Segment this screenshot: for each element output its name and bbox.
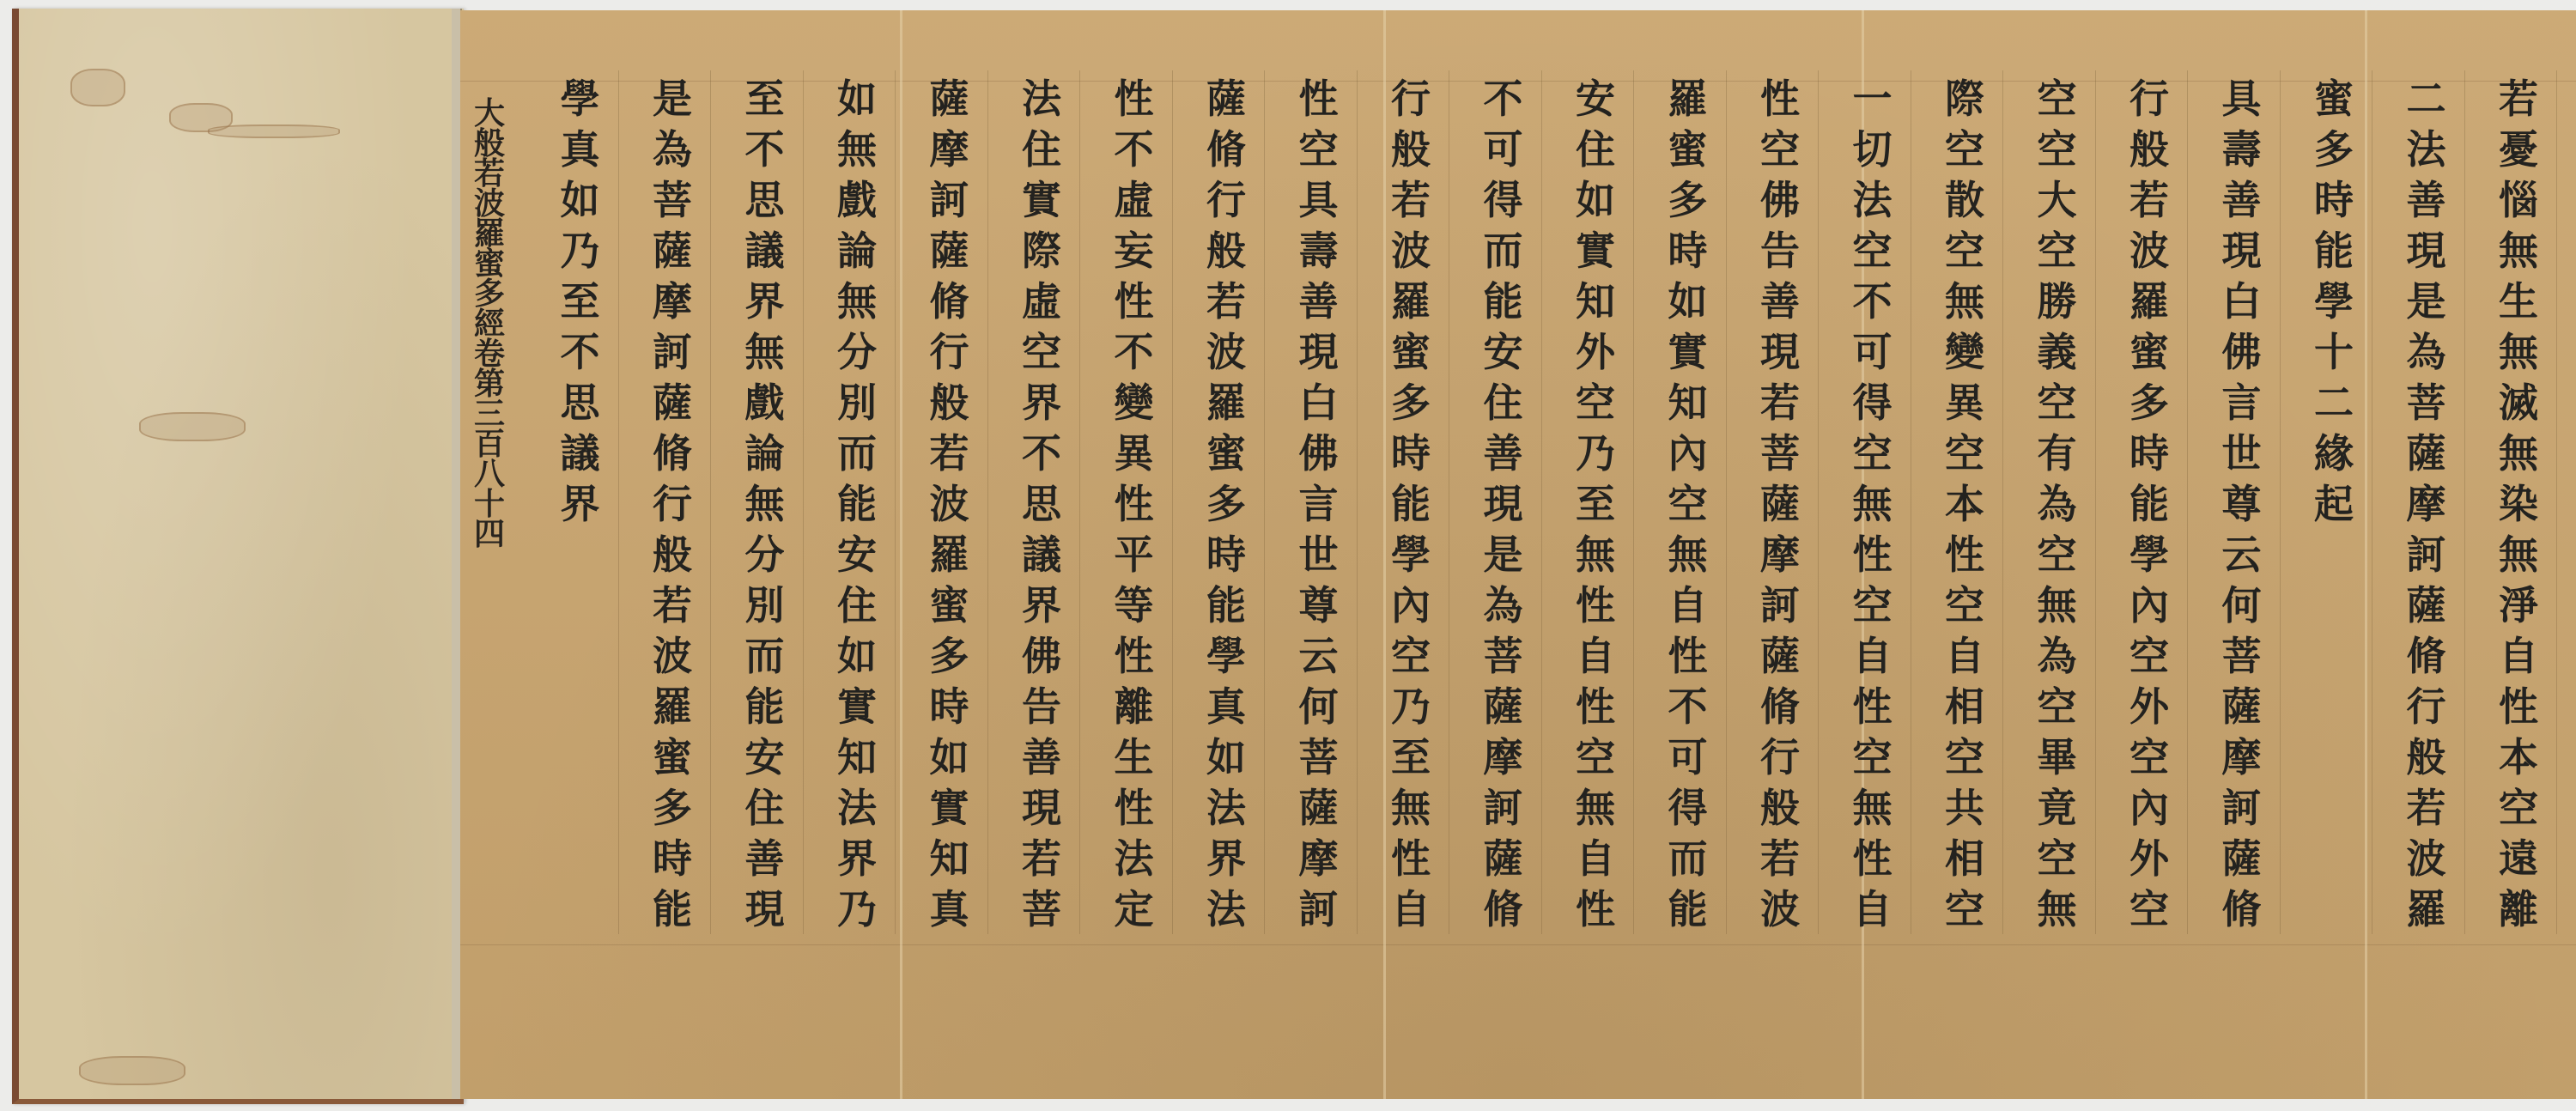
character: 波 <box>2407 834 2446 884</box>
character: 脩 <box>1484 884 1523 935</box>
character: 訶 <box>1760 580 1800 631</box>
character: 不 <box>745 124 785 175</box>
character: 世 <box>1299 530 1339 580</box>
column-rule <box>1449 70 1449 934</box>
text-column: 性不虛妄性不變異性平等性離生性法定 <box>1110 74 1158 935</box>
character: 知 <box>1576 276 1615 327</box>
character: 法 <box>1206 884 1246 935</box>
character: 具 <box>2222 74 2262 124</box>
character: 蜜 <box>930 580 969 631</box>
title-char: 卷 <box>474 339 505 369</box>
character: 思 <box>745 175 785 226</box>
character: 薩 <box>1484 834 1523 884</box>
character: 空 <box>2499 783 2538 834</box>
character: 言 <box>2222 378 2262 428</box>
character: 性 <box>1576 580 1615 631</box>
column-rule <box>2002 70 2003 934</box>
title-char: 般 <box>474 129 505 159</box>
character: 薩 <box>2407 580 2446 631</box>
character: 薩 <box>1760 479 1800 530</box>
character: 無 <box>1945 276 1984 327</box>
character: 行 <box>1391 74 1431 124</box>
character: 虛 <box>1115 175 1154 226</box>
character: 議 <box>561 428 600 479</box>
character: 能 <box>837 479 877 530</box>
character: 佛 <box>1299 428 1339 479</box>
character: 起 <box>2314 479 2354 530</box>
character: 真 <box>930 884 969 935</box>
text-column: 至不思議界無戲論無分別而能安住善現 <box>741 74 789 935</box>
character: 摩 <box>2407 479 2446 530</box>
character: 議 <box>1022 530 1061 580</box>
character: 般 <box>1760 783 1800 834</box>
column-rule <box>1079 70 1080 934</box>
character: 空 <box>1022 327 1061 378</box>
character: 性 <box>1115 783 1154 834</box>
character: 性 <box>1115 479 1154 530</box>
character: 空 <box>1853 732 1893 783</box>
character: 別 <box>837 378 877 428</box>
character: 真 <box>1206 682 1246 732</box>
character: 散 <box>1945 175 1984 226</box>
character: 住 <box>745 783 785 834</box>
column-rule <box>2464 70 2465 934</box>
character: 二 <box>2407 74 2446 124</box>
character: 相 <box>1945 834 1984 884</box>
character: 空 <box>2038 226 2077 276</box>
character: 無 <box>1853 783 1893 834</box>
character: 薩 <box>1484 682 1523 732</box>
character: 空 <box>1668 479 1708 530</box>
character: 染 <box>2499 479 2538 530</box>
character: 何 <box>2222 580 2262 631</box>
character: 多 <box>2314 124 2354 175</box>
character: 一 <box>1853 74 1893 124</box>
character: 生 <box>1115 732 1154 783</box>
character: 界 <box>1206 834 1246 884</box>
character: 遠 <box>2499 834 2538 884</box>
character: 無 <box>2038 884 2077 935</box>
character: 學 <box>561 74 600 124</box>
character: 無 <box>2499 327 2538 378</box>
character: 若 <box>1391 175 1431 226</box>
character: 告 <box>1760 226 1800 276</box>
character: 般 <box>1206 226 1246 276</box>
character: 空 <box>1576 378 1615 428</box>
character: 不 <box>1853 276 1893 327</box>
character: 住 <box>1022 124 1061 175</box>
character: 性 <box>2499 682 2538 732</box>
character: 如 <box>930 732 969 783</box>
character: 內 <box>1391 580 1431 631</box>
character: 性 <box>1115 74 1154 124</box>
scroll-cover <box>12 9 464 1104</box>
character: 善 <box>2222 175 2262 226</box>
column-rule <box>1818 70 1819 934</box>
character: 安 <box>1484 327 1523 378</box>
character: 變 <box>1115 378 1154 428</box>
character: 蜜 <box>2314 74 2354 124</box>
character: 菩 <box>1022 884 1061 935</box>
column-rule <box>2372 70 2372 934</box>
character: 緣 <box>2314 428 2354 479</box>
paper-seam <box>900 10 902 1099</box>
character: 能 <box>2314 226 2354 276</box>
character: 滅 <box>2499 378 2538 428</box>
character: 菩 <box>1299 732 1339 783</box>
character: 若 <box>2499 74 2538 124</box>
title-char: 多 <box>474 279 505 309</box>
character: 壽 <box>1299 226 1339 276</box>
character: 薩 <box>2222 682 2262 732</box>
character: 空 <box>1945 884 1984 935</box>
title-char: 若 <box>474 159 505 189</box>
text-column: 若憂惱無生無滅無染無淨自性本空遠離 <box>2494 74 2543 935</box>
character: 無 <box>1391 783 1431 834</box>
character: 空 <box>2038 124 2077 175</box>
character: 尊 <box>1299 580 1339 631</box>
character: 異 <box>1945 378 1984 428</box>
text-column: 際空散空無變異空本性空自相空共相空 <box>1941 74 1989 935</box>
character: 別 <box>745 580 785 631</box>
sutra-title: 大般若波羅蜜多經卷第三百八十四 <box>471 99 508 549</box>
character: 十 <box>2314 327 2354 378</box>
character: 蜜 <box>2129 327 2169 378</box>
character: 真 <box>561 124 600 175</box>
character: 能 <box>1668 884 1708 935</box>
character: 法 <box>1022 74 1061 124</box>
character: 能 <box>653 884 692 935</box>
text-column: 學真如乃至不思議界 <box>556 74 605 530</box>
character: 多 <box>1206 479 1246 530</box>
character: 多 <box>2129 378 2169 428</box>
character: 空 <box>1299 124 1339 175</box>
character: 住 <box>1484 378 1523 428</box>
character: 乃 <box>837 884 877 935</box>
character: 而 <box>745 631 785 682</box>
character: 自 <box>1853 884 1893 935</box>
character: 是 <box>2407 276 2446 327</box>
column-rule <box>2095 70 2096 934</box>
column-rule <box>1726 70 1727 934</box>
character: 行 <box>930 327 969 378</box>
character: 不 <box>1668 682 1708 732</box>
character: 訶 <box>1484 783 1523 834</box>
character: 現 <box>745 884 785 935</box>
character: 為 <box>2038 631 2077 682</box>
text-column: 一切法空不可得空無性空自性空無性自 <box>1849 74 1897 935</box>
character: 脩 <box>653 428 692 479</box>
character: 無 <box>1576 530 1615 580</box>
character: 波 <box>653 631 692 682</box>
character: 白 <box>1299 378 1339 428</box>
character: 薩 <box>930 74 969 124</box>
character: 般 <box>1391 124 1431 175</box>
character: 界 <box>1022 378 1061 428</box>
character: 空 <box>2129 631 2169 682</box>
character: 世 <box>2222 428 2262 479</box>
character: 波 <box>1391 226 1431 276</box>
character: 若 <box>2129 175 2169 226</box>
character: 行 <box>1760 732 1800 783</box>
character: 佛 <box>2222 327 2262 378</box>
column-rule <box>2556 70 2557 934</box>
character: 多 <box>653 783 692 834</box>
character: 善 <box>1299 276 1339 327</box>
character: 異 <box>1115 428 1154 479</box>
character: 空 <box>2129 884 2169 935</box>
character: 學 <box>2314 276 2354 327</box>
character: 勝 <box>2038 276 2077 327</box>
character: 而 <box>837 428 877 479</box>
character: 脩 <box>2407 631 2446 682</box>
character: 可 <box>1668 732 1708 783</box>
text-column: 法住實際虛空界不思議界佛告善現若菩 <box>1018 74 1066 935</box>
character: 自 <box>1391 884 1431 935</box>
column-rule <box>1357 70 1358 934</box>
character: 實 <box>1668 327 1708 378</box>
character: 云 <box>1299 631 1339 682</box>
character: 空 <box>2038 378 2077 428</box>
character: 乃 <box>1391 682 1431 732</box>
character: 時 <box>653 834 692 884</box>
character: 言 <box>1299 479 1339 530</box>
character: 不 <box>561 327 600 378</box>
character: 安 <box>745 732 785 783</box>
text-column: 安住如實知外空乃至無性自性空無自性 <box>1571 74 1619 935</box>
character: 變 <box>1945 327 1984 378</box>
character: 能 <box>745 682 785 732</box>
character: 空 <box>1945 226 1984 276</box>
character: 住 <box>1576 124 1615 175</box>
character: 羅 <box>2407 884 2446 935</box>
character: 切 <box>1853 124 1893 175</box>
character: 何 <box>1299 682 1339 732</box>
character: 有 <box>2038 428 2077 479</box>
character: 白 <box>2222 276 2262 327</box>
character: 云 <box>2222 530 2262 580</box>
title-char: 大 <box>474 99 505 129</box>
character: 脩 <box>930 276 969 327</box>
character: 際 <box>1022 226 1061 276</box>
character: 外 <box>1576 327 1615 378</box>
character: 知 <box>1668 378 1708 428</box>
character: 如 <box>561 175 600 226</box>
character: 乃 <box>1576 428 1615 479</box>
character: 自 <box>1668 580 1708 631</box>
character: 善 <box>1022 732 1061 783</box>
character: 如 <box>837 74 877 124</box>
character: 不 <box>1484 74 1523 124</box>
character: 空 <box>1945 732 1984 783</box>
character: 羅 <box>1391 276 1431 327</box>
character: 知 <box>837 732 877 783</box>
character: 思 <box>561 378 600 428</box>
paper-seam <box>2365 10 2367 1099</box>
character: 現 <box>1760 327 1800 378</box>
character: 法 <box>1115 834 1154 884</box>
character: 畢 <box>2038 732 2077 783</box>
character: 菩 <box>1484 631 1523 682</box>
column-rule <box>1633 70 1634 934</box>
character: 至 <box>745 74 785 124</box>
character: 空 <box>1853 580 1893 631</box>
character: 竟 <box>2038 783 2077 834</box>
character: 至 <box>561 276 600 327</box>
character: 論 <box>745 428 785 479</box>
text-column: 薩脩行般若波羅蜜多時能學真如法界法 <box>1202 74 1250 935</box>
character: 空 <box>2038 834 2077 884</box>
character: 論 <box>837 226 877 276</box>
character: 空 <box>2038 682 2077 732</box>
character: 外 <box>2129 682 2169 732</box>
character: 蜜 <box>653 732 692 783</box>
character: 薩 <box>1299 783 1339 834</box>
title-char: 羅 <box>474 219 505 249</box>
character: 善 <box>745 834 785 884</box>
column-rule <box>1172 70 1173 934</box>
character: 現 <box>1022 783 1061 834</box>
character: 至 <box>1391 732 1431 783</box>
character: 是 <box>1484 530 1523 580</box>
character: 為 <box>653 124 692 175</box>
character: 不 <box>1022 428 1061 479</box>
character: 時 <box>1391 428 1431 479</box>
character: 善 <box>1484 428 1523 479</box>
text-column: 二法善現是為菩薩摩訶薩脩行般若波羅 <box>2403 74 2451 935</box>
column-rule <box>618 70 619 934</box>
character: 法 <box>837 783 877 834</box>
character: 波 <box>2129 226 2169 276</box>
character: 內 <box>2129 580 2169 631</box>
character: 性 <box>1853 834 1893 884</box>
character: 無 <box>745 479 785 530</box>
character: 離 <box>1115 682 1154 732</box>
character: 訶 <box>653 327 692 378</box>
character: 空 <box>1945 124 1984 175</box>
character: 可 <box>1853 327 1893 378</box>
character: 摩 <box>653 276 692 327</box>
character: 為 <box>2038 479 2077 530</box>
character: 般 <box>2407 732 2446 783</box>
character: 虛 <box>1022 276 1061 327</box>
character: 相 <box>1945 682 1984 732</box>
character: 空 <box>2038 74 2077 124</box>
character: 乃 <box>561 226 600 276</box>
text-column: 如無戲論無分別而能安住如實知法界乃 <box>833 74 881 935</box>
character: 外 <box>2129 834 2169 884</box>
character: 學 <box>2129 530 2169 580</box>
character: 際 <box>1945 74 1984 124</box>
character: 脩 <box>1206 124 1246 175</box>
character: 無 <box>1576 783 1615 834</box>
character: 羅 <box>1206 378 1246 428</box>
character: 無 <box>2499 226 2538 276</box>
character: 無 <box>745 327 785 378</box>
character: 羅 <box>1668 74 1708 124</box>
character: 摩 <box>1760 530 1800 580</box>
character: 薩 <box>2407 428 2446 479</box>
text-column: 行般若波羅蜜多時能學內空外空內外空 <box>2125 74 2173 935</box>
character: 議 <box>745 226 785 276</box>
character: 若 <box>653 580 692 631</box>
column-rule <box>803 70 804 934</box>
character: 行 <box>2407 682 2446 732</box>
character: 現 <box>1299 327 1339 378</box>
character: 波 <box>930 479 969 530</box>
character: 羅 <box>930 530 969 580</box>
character: 性 <box>1668 631 1708 682</box>
character: 本 <box>2499 732 2538 783</box>
text-column: 羅蜜多時如實知內空無自性不可得而能 <box>1664 74 1712 935</box>
character: 得 <box>1668 783 1708 834</box>
paper-seam <box>1383 10 1386 1099</box>
character: 多 <box>1391 378 1431 428</box>
character: 得 <box>1853 378 1893 428</box>
text-column: 性空具壽善現白佛言世尊云何菩薩摩訶 <box>1295 74 1343 935</box>
character: 壽 <box>2222 124 2262 175</box>
character: 而 <box>1484 226 1523 276</box>
character: 訶 <box>930 175 969 226</box>
character: 若 <box>1022 834 1061 884</box>
title-char: 三 <box>474 399 505 429</box>
character: 思 <box>1022 479 1061 530</box>
water-stain <box>139 412 246 441</box>
character: 義 <box>2038 327 2077 378</box>
character: 性 <box>1945 530 1984 580</box>
column-rule <box>2280 70 2281 934</box>
character: 摩 <box>1299 834 1339 884</box>
character: 界 <box>561 479 600 530</box>
character: 如 <box>1206 732 1246 783</box>
character: 尊 <box>2222 479 2262 530</box>
text-column: 薩摩訶薩脩行般若波羅蜜多時如實知真 <box>926 74 974 935</box>
character: 訶 <box>2222 783 2262 834</box>
character: 空 <box>1760 124 1800 175</box>
character: 若 <box>2407 783 2446 834</box>
character: 若 <box>1760 378 1800 428</box>
character: 空 <box>1853 428 1893 479</box>
character: 性 <box>1391 834 1431 884</box>
column-rule <box>1911 70 1911 934</box>
character: 法 <box>1853 175 1893 226</box>
character: 而 <box>1668 834 1708 884</box>
character: 若 <box>1760 834 1800 884</box>
character: 學 <box>1391 530 1431 580</box>
title-char: 波 <box>474 189 505 219</box>
character: 如 <box>1668 276 1708 327</box>
text-column: 不可得而能安住善現是為菩薩摩訶薩脩 <box>1479 74 1528 935</box>
character: 內 <box>2129 783 2169 834</box>
character: 界 <box>837 834 877 884</box>
title-char: 蜜 <box>474 249 505 279</box>
character: 現 <box>1484 479 1523 530</box>
character: 不 <box>1115 327 1154 378</box>
character: 實 <box>1022 175 1061 226</box>
character: 羅 <box>2129 276 2169 327</box>
title-char: 第 <box>474 369 505 399</box>
character: 安 <box>1576 74 1615 124</box>
character: 知 <box>930 834 969 884</box>
character: 平 <box>1115 530 1154 580</box>
character: 分 <box>837 327 877 378</box>
character: 脩 <box>1760 682 1800 732</box>
character: 共 <box>1945 783 1984 834</box>
character: 若 <box>1206 276 1246 327</box>
character: 善 <box>2407 175 2446 226</box>
character: 佛 <box>1022 631 1061 682</box>
character: 般 <box>930 378 969 428</box>
